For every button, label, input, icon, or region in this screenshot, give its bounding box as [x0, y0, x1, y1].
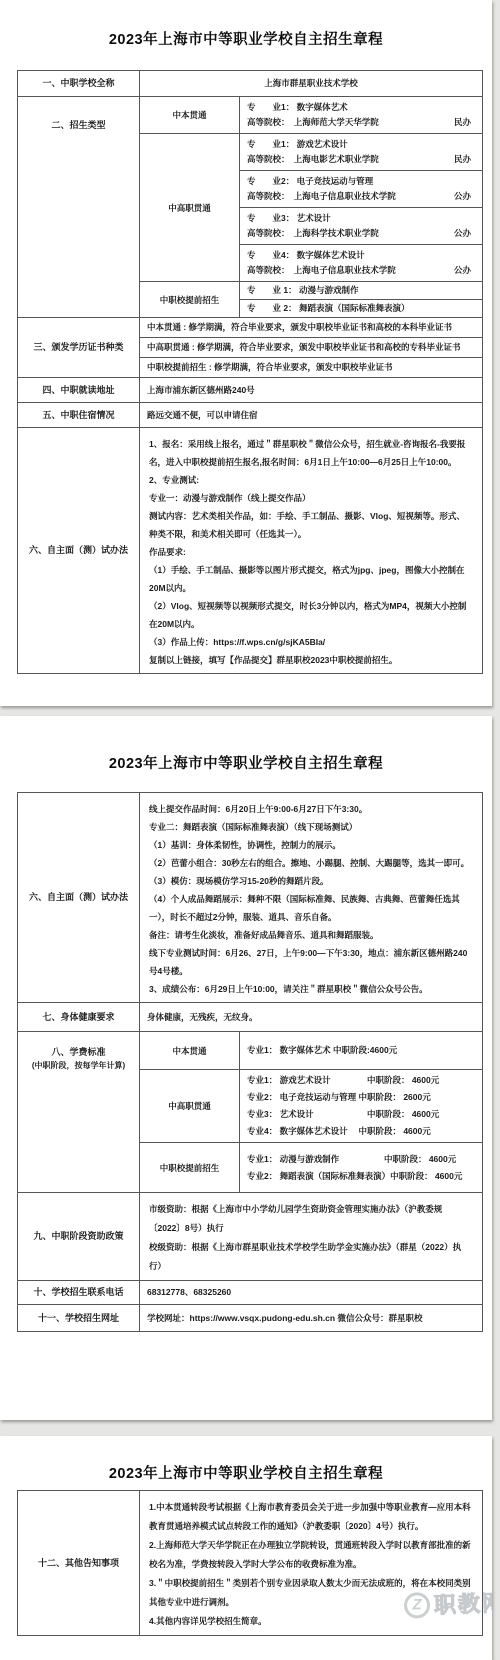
group-zhonggaozhi: 中高职贯通 [140, 1070, 240, 1143]
major-cell: 专 业4： 数字媒体艺术设计 高等院校： 上海电子信息职业技术学院公办 [240, 245, 483, 282]
college-line: 高等院校： 上海师范大学天华学院 [247, 115, 379, 130]
watermark: Z 职教网 [403, 1586, 492, 1621]
address-value: 上海市浦东新区德州路240号 [140, 378, 483, 403]
paragraph: 备注：请考生化淡妆，准备好成品舞音乐、道具和舞蹈服装。 [149, 926, 473, 944]
paragraph: 测试内容：艺术类相关作品，如：手绘、手工制品、摄影、Vlog、短视频等。形式、种… [149, 507, 473, 543]
paragraph: （1）基训：身体柔韧性，协调性，控制力的展示。 [149, 836, 473, 854]
row-label-address: 四、中职就读地址 [18, 378, 140, 403]
ownership-badge: 民办 [454, 152, 475, 167]
paragraph: 复制以上链接，填写【作品提交】群星职校2023中职校提前招生。 [149, 651, 473, 669]
fee-line: 专业2： 电子竞技运动与管理 中职阶段： 2600元 [247, 1089, 475, 1106]
paragraph: （1）手绘、手工制品、摄影等以图片形式提交，格式为jpg、jpeg，图像大小控制… [149, 561, 473, 597]
row-label-health: 七、身体健康要求 [18, 1003, 140, 1032]
paragraph: 3、成绩公布：6月29日上午10:00，请关注＂群星职校＂微信公众号公告。 [149, 980, 473, 998]
major-line: 专 业1： 游戏艺术设计 [247, 137, 475, 152]
diploma-line: 中高职贯通 : 修学期满，符合毕业要求，颁发中职校毕业证书和高校的专科毕业证书 [140, 338, 483, 358]
ownership-badge: 民办 [454, 115, 475, 130]
major-line: 专 业2： 电子竞技运动与管理 [247, 174, 475, 189]
health-value: 身体健康，无残疾，无纹身。 [140, 1003, 483, 1032]
row-label-school-name: 一、中职学校全称 [18, 71, 140, 97]
college-line: 高等院校： 上海电子信息职业技术学院 [247, 189, 396, 204]
paragraph: （4）个人成品舞蹈展示：舞种不限（国际标准舞、民族舞、古典舞、芭蕾舞任选其一），… [149, 890, 473, 926]
document-page-2: 2023年上海市中等职业学校自主招生章程 六、自主面（测）试办法 线上提交作品时… [0, 716, 492, 1420]
paragraph: 专业一：动漫与游戏制作（线上提交作品） [149, 489, 473, 507]
paragraph: 1、报名：采用线上报名，通过＂群星职校＂微信公众号，招生就业-咨询报名-我要报名… [149, 435, 473, 471]
admissions-table-page2: 六、自主面（测）试办法 线上提交作品时间：6月20日上午9:00-6月27日下午… [17, 792, 483, 1332]
tuition-label: 八、学费标准 [51, 1047, 105, 1057]
paragraph: 2.上海师范大学天华学院正在办理独立学院转设，贯通班转段入学时以教育部批准的新校… [149, 1536, 473, 1574]
college-line: 高等院校： 上海科学技术职业学院 [247, 226, 379, 241]
table-row: 十、学校招生联系电话 68312778、68325260 [18, 1281, 483, 1305]
major-line: 专 业3： 艺术设计 [247, 211, 475, 226]
row-label-diploma-types: 三、颁发学历证书种类 [18, 318, 140, 378]
fee-cell: 专业1： 动漫与游戏制作 中职阶段： 4600元 专业2： 舞蹈表演（国际标准舞… [240, 1143, 483, 1193]
group-zhonggaozhi: 中高职贯通 [140, 134, 240, 282]
group-zhongben: 中本贯通 [140, 1032, 240, 1070]
fee-line: 专业1： 游戏艺术设计 中职阶段： 4600元 [247, 1072, 475, 1089]
group-zhongben: 中本贯通 [140, 97, 240, 134]
row-label-tuition: 八、学费标准 (中职阶段，按每学年计算) [18, 1032, 140, 1193]
paragraph: （2）芭蕾小组合：30秒左右的组合。擦地、小踢腿、控制、大踢腿等，选其一即可。 [149, 854, 473, 872]
group-tiqian: 中职校提前招生 [140, 282, 240, 318]
fee-line: 专业1： 动漫与游戏制作 中职阶段： 4600元 [247, 1151, 475, 1168]
subsidy-block: 市级资助：根据《上海市中小学幼儿园学生资助资金管理实施办法》（沪教委规〔2022… [140, 1193, 483, 1281]
fee-cell: 专业1： 游戏艺术设计 中职阶段： 4600元 专业2： 电子竞技运动与管理 中… [240, 1070, 483, 1143]
document-page-1: 2023年上海市中等职业学校自主招生章程 一、中职学校全称 上海市群星职业技术学… [0, 0, 492, 706]
page-title: 2023年上海市中等职业学校自主招生章程 [0, 1462, 492, 1483]
paragraph: （2）Vlog、短视频等以视频形式提交，时长3分钟以内，格式为MP4，视频大小控… [149, 597, 473, 633]
group-tiqian: 中职校提前招生 [140, 1143, 240, 1193]
row-label-accommodation: 五、中职住宿情况 [18, 403, 140, 428]
paragraph: 市级资助：根据《上海市中小学幼儿园学生资助资金管理实施办法》（沪教委规〔2022… [149, 1200, 473, 1238]
paragraph: 2、专业测试: [149, 471, 473, 489]
row-label-other-notices: 十二、其他告知事项 [18, 1491, 140, 1636]
fee-line: 专业3： 艺术设计 中职阶段： 4600元 [247, 1106, 475, 1123]
paragraph: （3）模仿：现场模仿学习15-20秒的舞蹈片段。 [149, 872, 473, 890]
page-title: 2023年上海市中等职业学校自主招生章程 [0, 28, 492, 49]
ownership-badge: 公办 [454, 189, 475, 204]
fee-line: 专业1： 数字媒体艺术 中职阶段:4600元 [247, 1042, 475, 1059]
paragraph: 线下专业测试时间：6月26、27日，上午9:00—下午3:30，地点：浦东新区德… [149, 944, 473, 980]
table-row: 七、身体健康要求 身体健康，无残疾，无纹身。 [18, 1003, 483, 1032]
table-row: 八、学费标准 (中职阶段，按每学年计算) 中本贯通 专业1： 数字媒体艺术 中职… [18, 1032, 483, 1070]
fee-line: 专业4： 数字媒体艺术设计 中职阶段： 4600元 [247, 1123, 475, 1140]
ownership-badge: 公办 [454, 226, 475, 241]
accommodation-value: 路远交通不便，可以申请住宿 [140, 403, 483, 428]
paragraph: 1.中本贯通转段考试根据《上海市教育委员会关于进一步加强中等职业教育—应用本科教… [149, 1498, 473, 1536]
table-row: 六、自主面（测）试办法 线上提交作品时间：6月20日上午9:00-6月27日下午… [18, 793, 483, 1003]
table-row: 六、自主面（测）试办法 1、报名：采用线上报名，通过＂群星职校＂微信公众号，招生… [18, 428, 483, 674]
table-row: 一、中职学校全称 上海市群星职业技术学校 [18, 71, 483, 97]
phone-value: 68312778、68325260 [140, 1281, 483, 1305]
paragraph: 校级资助：根据《上海市群星职业技术学校学生助学金实施办法》（群星（2022）执行… [149, 1238, 473, 1276]
table-row: 三、颁发学历证书种类 中本贯通 : 修学期满，符合毕业要求，颁发中职校毕业证书和… [18, 318, 483, 338]
college-line: 高等院校： 上海电子信息职业技术学院 [247, 263, 396, 278]
table-row: 二、招生类型 中本贯通 专 业1： 数字媒体艺术 高等院校： 上海师范大学天华学… [18, 97, 483, 134]
row-label-subsidy: 九、中职阶段资助政策 [18, 1193, 140, 1281]
watermark-text: 职教网 [433, 1586, 492, 1619]
paragraph: 作品要求: [149, 543, 473, 561]
document-page-3: 2023年上海市中等职业学校自主招生章程 十二、其他告知事项 1.中本贯通转段考… [0, 1436, 492, 1660]
paragraph: 线上提交作品时间：6月20日上午9:00-6月27日下午3:30。 [149, 800, 473, 818]
website-value: 学校网址：https://www.vsqx.pudong-edu.sh.cn 微… [140, 1305, 483, 1332]
row-label-phone: 十、学校招生联系电话 [18, 1281, 140, 1305]
zhijiao-logo-icon: Z [404, 1591, 431, 1618]
major-line: 专 业 1： 动漫与游戏制作 [240, 282, 483, 300]
page-title: 2023年上海市中等职业学校自主招生章程 [0, 752, 492, 773]
exam-method-block: 1、报名：采用线上报名，通过＂群星职校＂微信公众号，招生就业-咨询报名-我要报名… [140, 428, 483, 674]
diploma-line: 中本贯通 : 修学期满，符合毕业要求，颁发中职校毕业证书和高校的本科毕业证书 [140, 318, 483, 338]
fee-cell: 专业1： 数字媒体艺术 中职阶段:4600元 [240, 1032, 483, 1070]
major-cell: 专 业2： 电子竞技运动与管理 高等院校： 上海电子信息职业技术学院公办 [240, 171, 483, 208]
school-name-value: 上海市群星职业技术学校 [140, 71, 483, 97]
diploma-line: 中职校提前招生 : 修学期满，符合毕业要求，颁发中职校毕业证书 [140, 358, 483, 378]
fee-line: 专业2： 舞蹈表演（国际标准舞表演）中职阶段： 4600元 [247, 1168, 475, 1185]
admissions-table-page1: 一、中职学校全称 上海市群星职业技术学校 二、招生类型 中本贯通 专 业1： 数… [17, 70, 483, 674]
row-label-exam-method-cont: 六、自主面（测）试办法 [18, 793, 140, 1003]
table-row: 十一、学校招生网址 学校网址：https://www.vsqx.pudong-e… [18, 1305, 483, 1332]
row-label-enrollment-types: 二、招生类型 [18, 97, 140, 318]
exam-method-block-2: 线上提交作品时间：6月20日上午9:00-6月27日下午3:30。 专业二：舞蹈… [140, 793, 483, 1003]
major-line: 专 业4： 数字媒体艺术设计 [247, 248, 475, 263]
major-line: 专 业 2： 舞蹈表演（国际标准舞表演） [240, 300, 483, 318]
major-cell: 专 业3： 艺术设计 高等院校： 上海科学技术职业学院公办 [240, 208, 483, 245]
table-row: 四、中职就读地址 上海市浦东新区德州路240号 [18, 378, 483, 403]
major-cell: 专 业1： 游戏艺术设计 高等院校： 上海电影艺术职业学院民办 [240, 134, 483, 171]
major-line: 专 业1： 数字媒体艺术 [247, 100, 475, 115]
row-label-exam-method: 六、自主面（测）试办法 [18, 428, 140, 674]
table-row: 五、中职住宿情况 路远交通不便，可以申请住宿 [18, 403, 483, 428]
tuition-label-note: (中职阶段，按每学年计算) [21, 1059, 136, 1072]
paragraph: 专业二：舞蹈表演（国际标准舞表演）（线下现场测试） [149, 818, 473, 836]
row-label-website: 十一、学校招生网址 [18, 1305, 140, 1332]
paragraph-upload-link: （3）作品上传：https://f.wps.cn/g/sjKA5BIa/ [149, 633, 473, 651]
major-cell: 专 业1： 数字媒体艺术 高等院校： 上海师范大学天华学院民办 [240, 97, 483, 134]
table-row: 九、中职阶段资助政策 市级资助：根据《上海市中小学幼儿园学生资助资金管理实施办法… [18, 1193, 483, 1281]
college-line: 高等院校： 上海电影艺术职业学院 [247, 152, 379, 167]
ownership-badge: 公办 [454, 263, 475, 278]
